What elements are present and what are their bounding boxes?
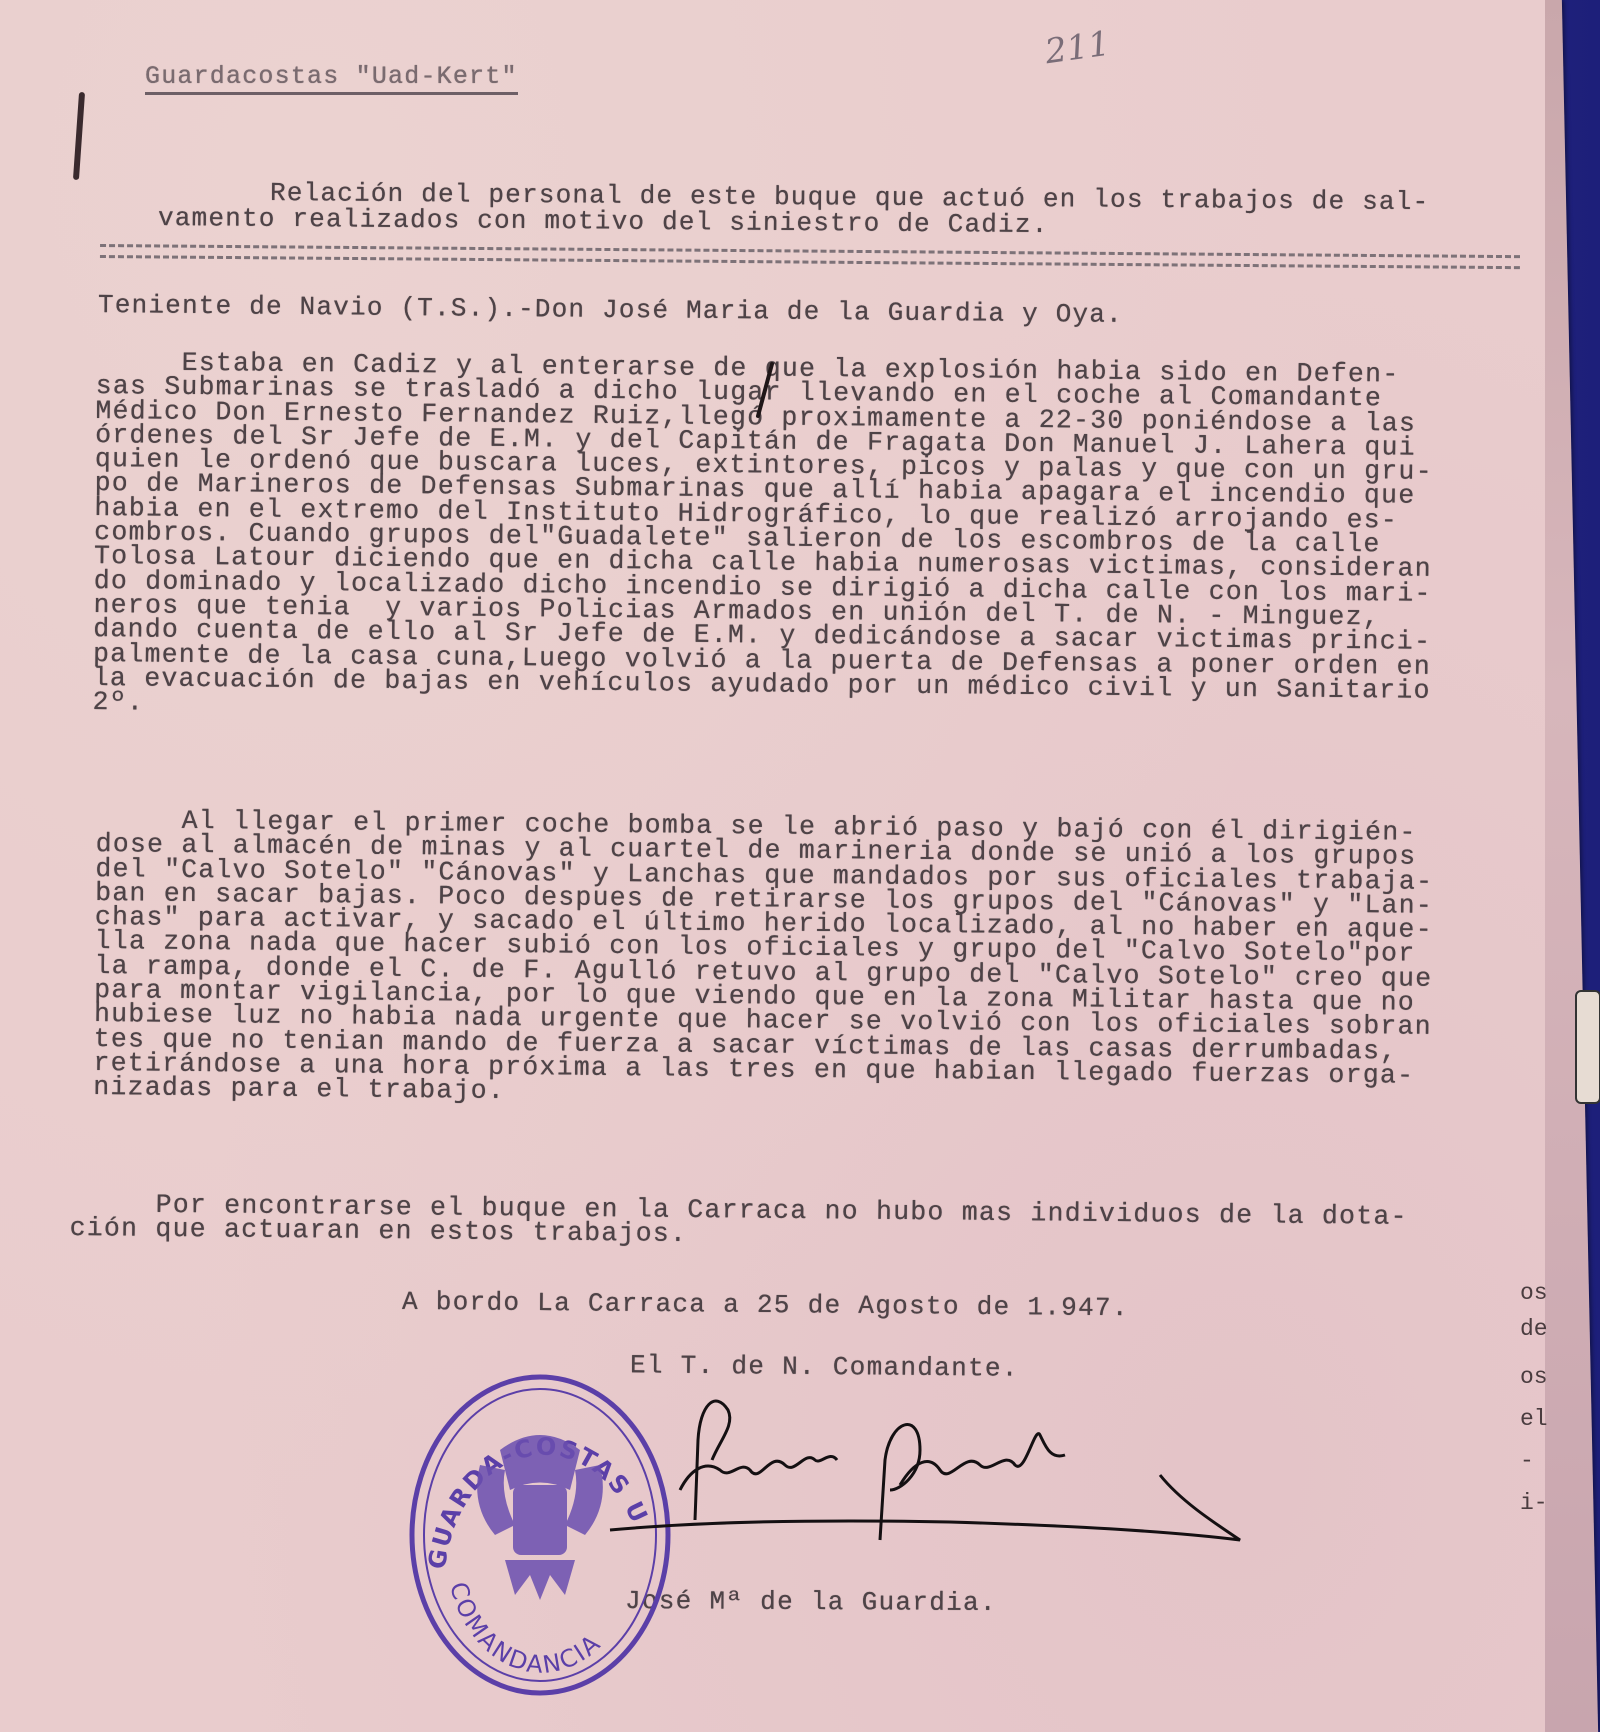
signatory-title: El T. de N. Comandante. [630,1350,1019,1383]
paragraph-2: Al llegar el primer coche bomba se le ab… [93,808,1434,1112]
handwritten-signature [600,1380,1280,1580]
margin-mark [73,92,85,180]
officer-line: Teniente de Navio (T.S.).-Don José Maria… [98,290,1123,330]
underlying-text-fragment: de [1520,1318,1548,1341]
folio-number: 211 [1043,24,1113,73]
signatory-name: José Mª de la Guardia. [625,1586,997,1618]
paragraph-3: Por encontrarse el buque en la Carraca n… [70,1192,1408,1253]
document-page: 211 Guardacostas "Uad-Kert" Relación del… [0,0,1545,1732]
underlying-text-fragment: - [1520,1450,1534,1473]
report-title-line-2: vamento realizados con motivo del sinies… [158,203,1049,240]
title-double-rule [100,244,1520,269]
underlying-text-fragment: os [1520,1282,1548,1305]
underlying-text-fragment: os [1520,1366,1548,1389]
underlying-text-fragment: i- [1520,1492,1548,1515]
handwritten-correction-mark [750,360,780,420]
place-and-date: A bordo La Carraca a 25 de Agosto de 1.9… [402,1287,1129,1323]
paper-clip [1575,990,1600,1104]
ship-header-title: Guardacostas "Uad-Kert" [145,62,518,95]
underlying-text-fragment: el [1520,1408,1548,1431]
